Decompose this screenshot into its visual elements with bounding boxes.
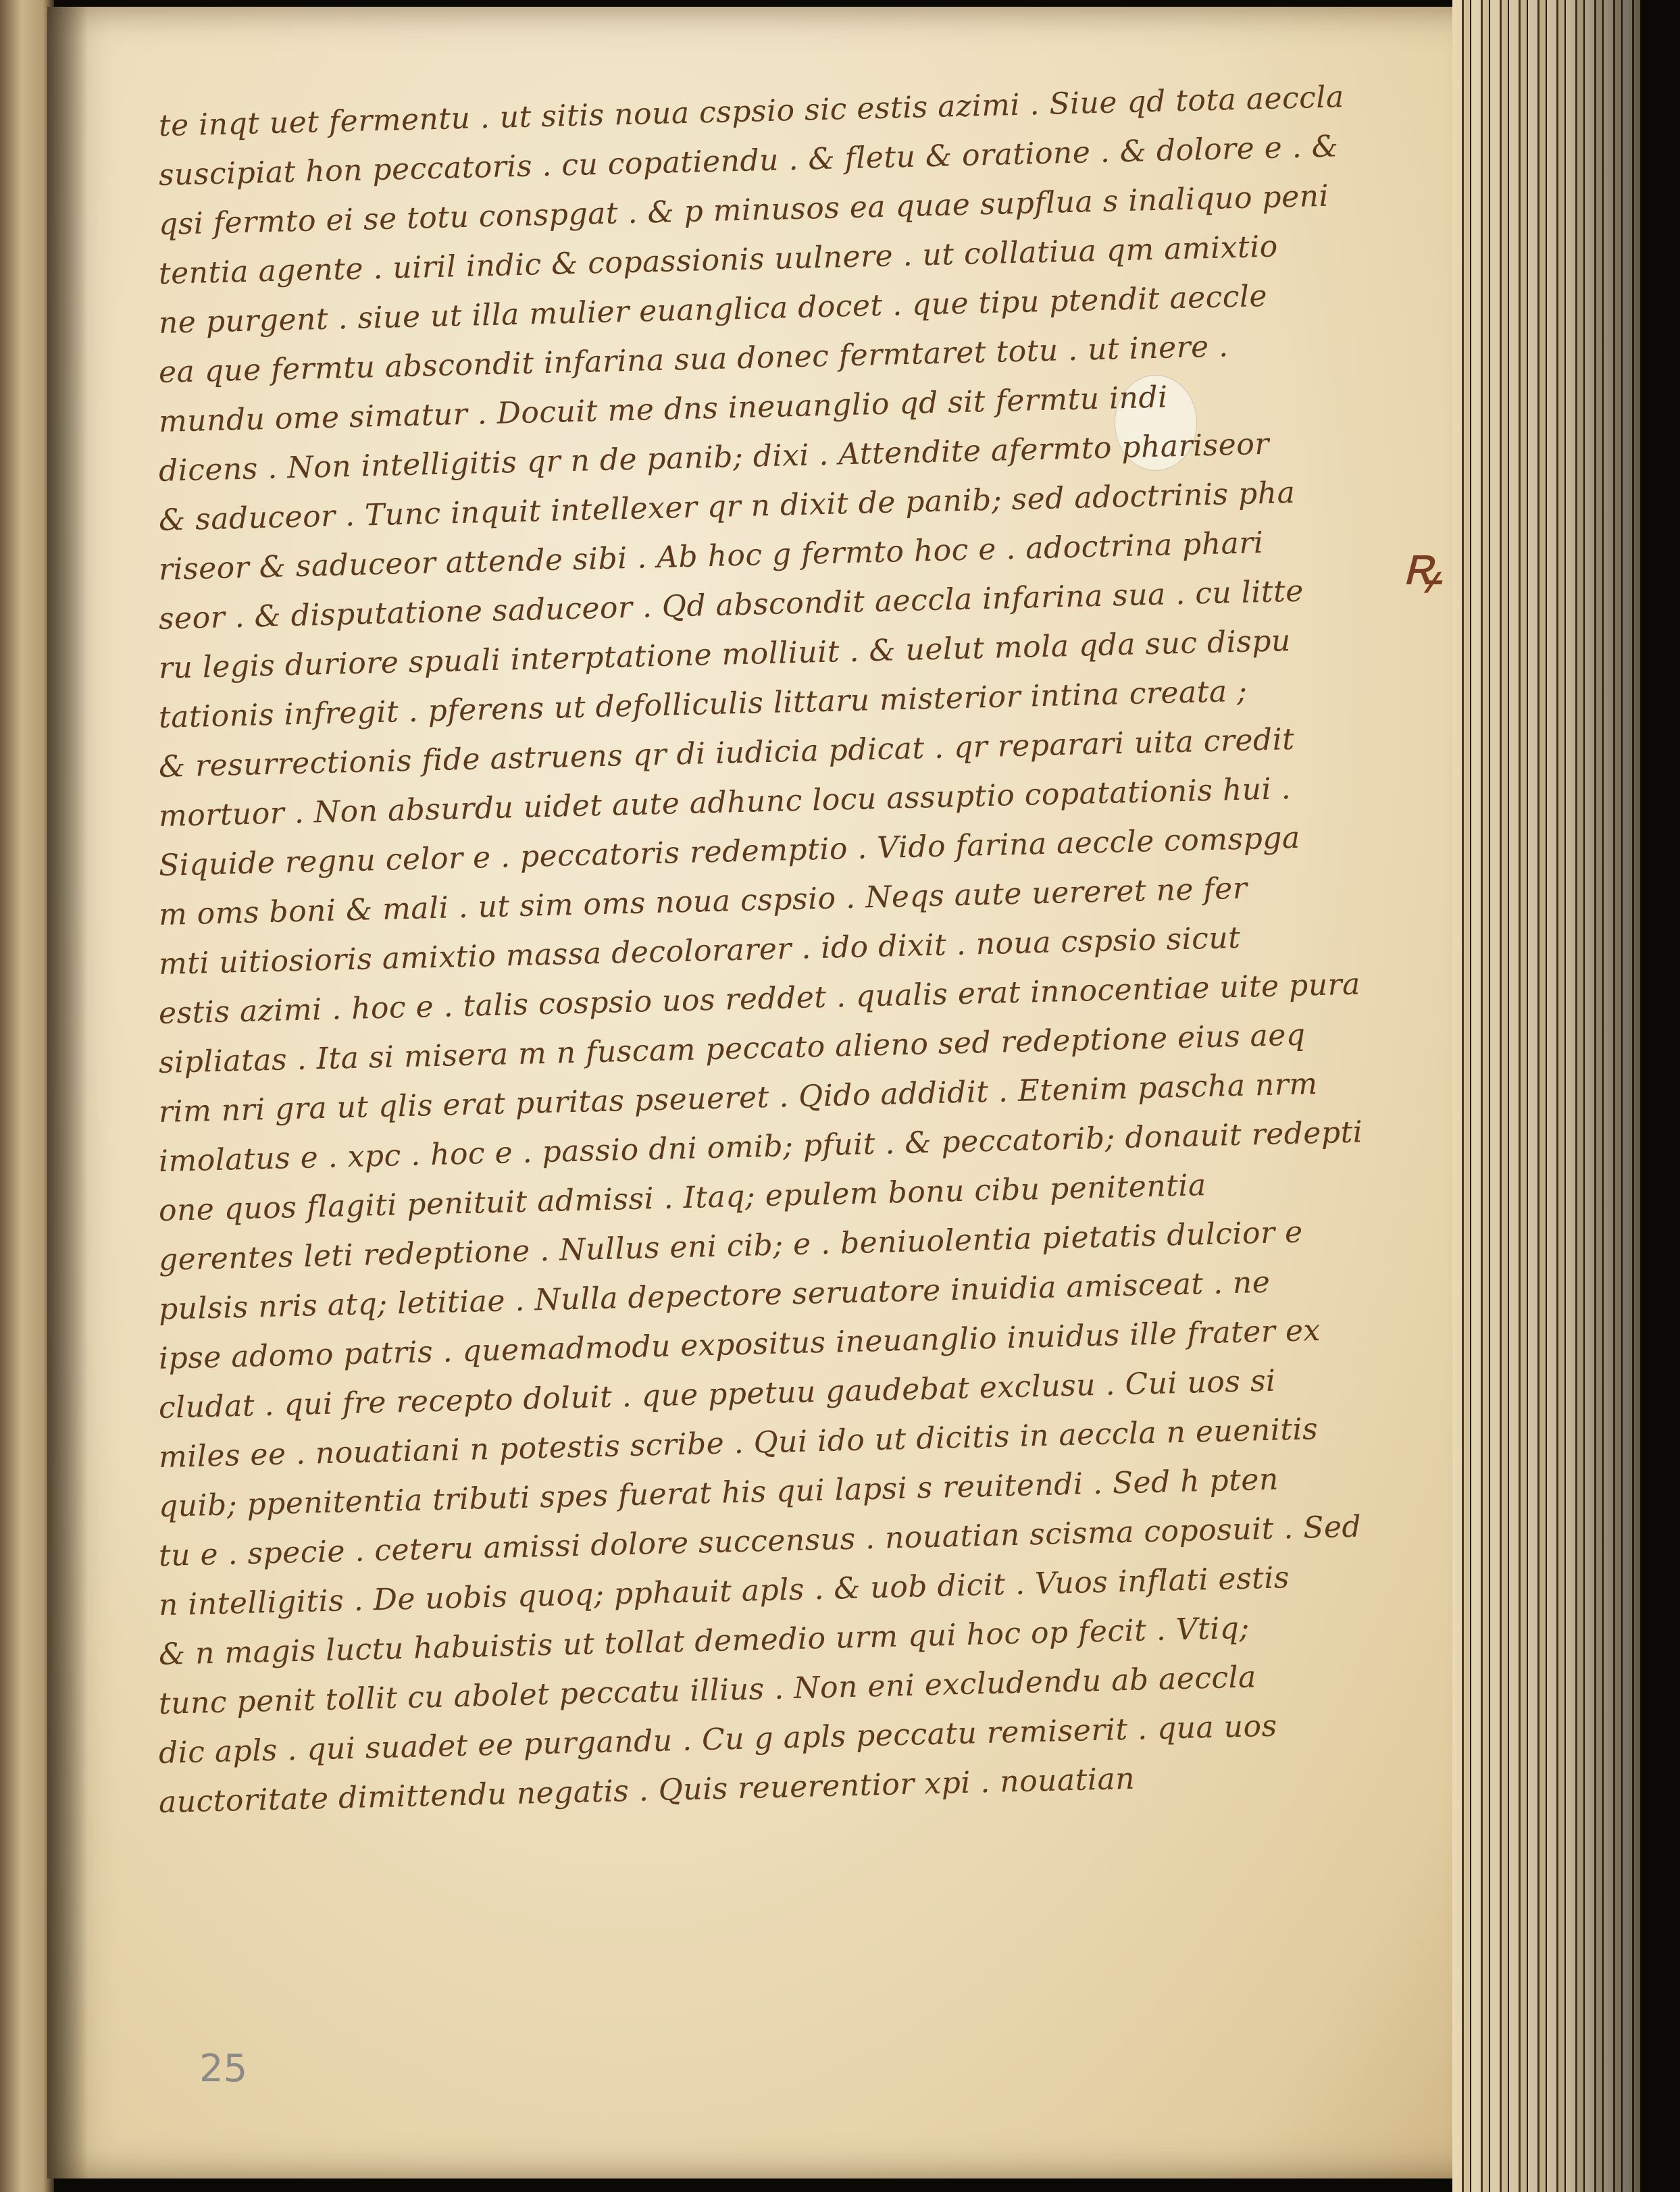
binding-gutter (47, 7, 88, 2178)
marginal-note: ꝶ (1402, 527, 1442, 601)
page-edges-shadow (1452, 0, 1641, 2192)
folio-number: 25 (199, 2047, 247, 2091)
facing-page-edge (0, 0, 54, 2192)
manuscript-text: te inqt uet fermentu . ut sitis noua csp… (159, 101, 1429, 1827)
